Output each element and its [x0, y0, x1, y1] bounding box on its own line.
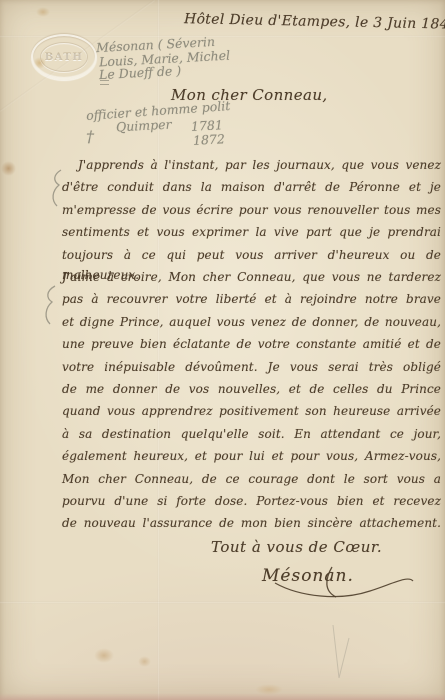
body-line: et digne Prince, auquel vous venez de do… — [62, 312, 441, 332]
signature-flourish-icon — [270, 563, 420, 605]
stain — [36, 7, 50, 17]
bath-embossed-stamp: BATH — [31, 34, 97, 80]
pencil-annotation-birth-place: Quimper — [116, 117, 172, 135]
pencil-annotation-death-year: 1872 — [193, 131, 226, 148]
faint-pencil-mark-icon — [315, 620, 355, 685]
body-line: sentiments et vous exprimer la vive part… — [62, 222, 441, 242]
page-bottom-edge-shadow — [0, 693, 445, 700]
body-line: quand vous apprendrez positivement son h… — [62, 401, 441, 421]
body-line: J'apprends à l'instant, par les journaux… — [62, 155, 441, 175]
body-line: Mon cher Conneau, de ce courage dont le … — [62, 469, 441, 489]
body-line: J'aime à croire, Mon cher Conneau, que v… — [62, 267, 441, 287]
body-line: également heureux, et pour lui et pour v… — [62, 446, 441, 466]
stain — [138, 656, 151, 667]
letter-page: BATH Hôtel Dieu d'Etampes, le 3 Juin 184… — [0, 0, 445, 700]
bath-stamp-inner-ring: BATH — [40, 42, 88, 72]
body-line: une preuve bien éclatante de votre const… — [62, 334, 441, 354]
dateline: Hôtel Dieu d'Etampes, le 3 Juin 1846. — [184, 11, 445, 33]
stain — [1, 161, 16, 176]
bath-stamp-text: BATH — [45, 52, 84, 63]
pencil-annotation-name-line: Le Dueff de ) — [99, 63, 182, 82]
body-line: votre inépuisable dévoûment. Je vous ser… — [62, 357, 441, 377]
closing-formula: Tout à vous de Cœur. — [211, 538, 382, 556]
pencil-margin-mark-icon — [40, 284, 58, 326]
body-line: m'empresse de vous écrire pour vous reno… — [62, 200, 441, 220]
pencil-underline-mark — [100, 80, 109, 85]
stain — [94, 648, 114, 663]
body-line: pas à recouvrer votre liberté et à rejoi… — [62, 289, 441, 309]
body-line: de nouveau l'assurance de mon bien sincè… — [62, 513, 441, 533]
pencil-dagger-mark: † — [86, 127, 94, 146]
body-line: pourvu d'une si forte dose. Portez-vous … — [62, 491, 441, 511]
body-line: de me donner de vos nouvelles, et de cel… — [62, 379, 441, 399]
body-line: à sa destination quelqu'elle soit. En at… — [62, 424, 441, 444]
body-line: d'être conduit dans la maison d'arrêt de… — [62, 177, 441, 197]
